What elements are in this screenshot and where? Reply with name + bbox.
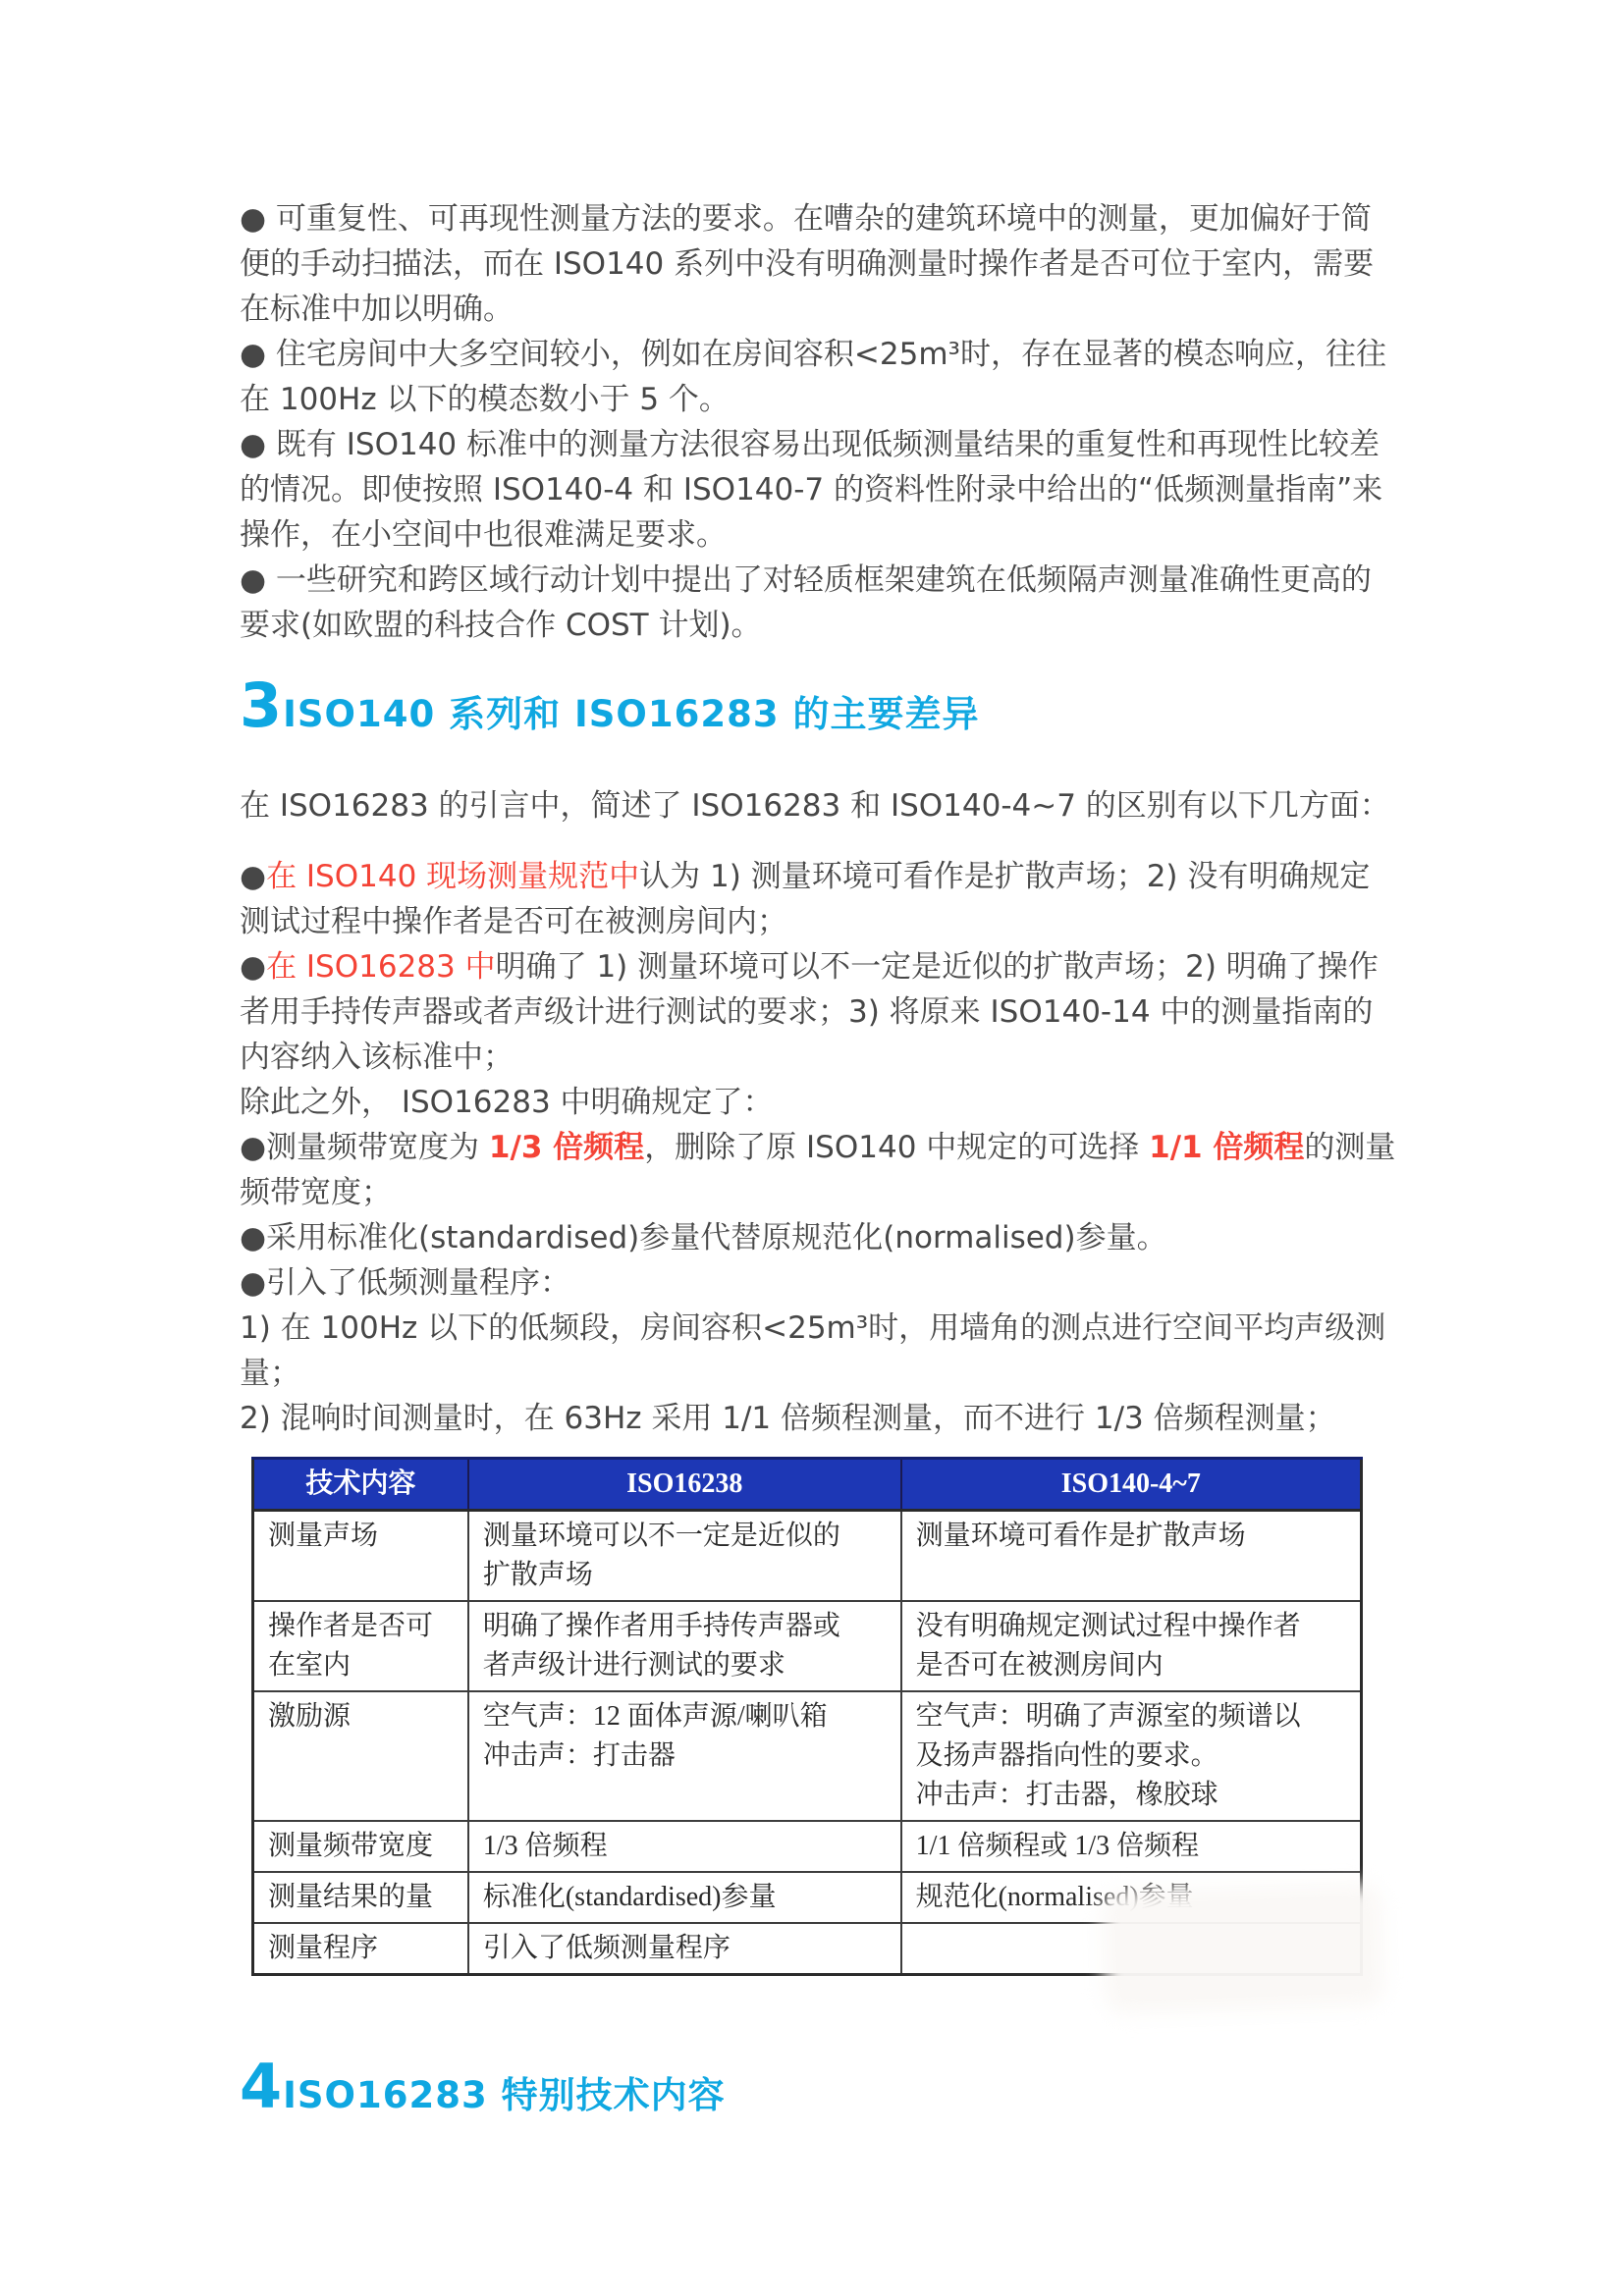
numbered-item: 1) 在 100Hz 以下的低频段，房间容积<25m³时，用墙角的测点进行空间平… [240, 1306, 1487, 1396]
table-cell-iso16283: 测量环境可以不一定是近似的 扩散声场 [468, 1511, 901, 1602]
table-cell-iso140: 1/1 倍频程或 1/3 倍频程 [901, 1821, 1362, 1872]
table-row: 操作者是否可 在室内 明确了操作者用手持传声器或 者声级计进行测试的要求 没有明… [253, 1601, 1362, 1691]
bullet-paragraph: ● 住宅房间中大多空间较小，例如在房间容积<25m³时，存在显著的模态响应，往往… [240, 332, 1487, 422]
section-number: 3 [240, 669, 283, 741]
table-row: 测量程序 引入了低频测量程序 [253, 1923, 1362, 1975]
comparison-table: 技术内容 ISO16238 ISO140-4~7 测量声场 测量环境可以不一定是… [251, 1457, 1363, 1976]
table-cell-label: 测量频带宽度 [253, 1821, 468, 1872]
table-row: 测量结果的量 标准化(standardised)参量 规范化(normalise… [253, 1872, 1362, 1923]
red-highlight-text: 在 ISO140 现场测量规范中 [266, 859, 639, 894]
table-row: 测量声场 测量环境可以不一定是近似的 扩散声场 测量环境可看作是扩散声场 [253, 1511, 1362, 1602]
bullet-paragraph-red: ●在 ISO140 现场测量规范中认为 1) 测量环境可看作是扩散声场；2) 没… [240, 854, 1487, 944]
table-cell-iso140: 没有明确规定测试过程中操作者 是否可在被测房间内 [901, 1601, 1362, 1691]
section-3-heading: 3ISO140 系列和 ISO16283 的主要差异 [240, 671, 1487, 740]
table-header-row: 技术内容 ISO16238 ISO140-4~7 [253, 1459, 1362, 1511]
bullet-marker: ● [240, 1130, 266, 1165]
bullet-paragraph: ●引入了低频测量程序： [240, 1260, 1487, 1306]
table-cell-iso140 [901, 1923, 1362, 1975]
paragraph: 除此之外， ISO16283 中明确规定了： [240, 1080, 1487, 1125]
bullet-marker: ● [240, 949, 266, 985]
table-header-cell: ISO140-4~7 [901, 1459, 1362, 1511]
table-header-cell: 技术内容 [253, 1459, 468, 1511]
red-bold-highlight: 1/3 倍频程 [489, 1130, 644, 1165]
section-3-intro: 在 ISO16283 的引言中，简述了 ISO16283 和 ISO140-4~… [240, 783, 1487, 828]
paragraph-text: 测量频带宽度为 [266, 1130, 489, 1165]
table-cell-iso16283: 引入了低频测量程序 [468, 1923, 901, 1975]
document-content: ● 可重复性、可再现性测量方法的要求。在嘈杂的建筑环境中的测量，更加偏好于简 便… [240, 196, 1487, 2164]
table-cell-label: 测量声场 [253, 1511, 468, 1602]
table-cell-iso16283: 1/3 倍频程 [468, 1821, 901, 1872]
table-cell-iso140: 测量环境可看作是扩散声场 [901, 1511, 1362, 1602]
bullet-paragraph-red: ●在 ISO16283 中明确了 1) 测量环境可以不一定是近似的扩散声场；2)… [240, 944, 1487, 1080]
table-cell-iso140: 空气声：明确了声源室的频谱以 及扬声器指向性的要求。 冲击声：打击器，橡胶球 [901, 1691, 1362, 1821]
document-page: ● 可重复性、可再现性测量方法的要求。在嘈杂的建筑环境中的测量，更加偏好于简 便… [0, 0, 1624, 2296]
table-cell-label: 测量结果的量 [253, 1872, 468, 1923]
table-cell-label: 测量程序 [253, 1923, 468, 1975]
bullet-paragraph-red: ●测量频带宽度为 1/3 倍频程，删除了原 ISO140 中规定的可选择 1/1… [240, 1125, 1487, 1215]
table-header-cell: ISO16238 [468, 1459, 901, 1511]
red-highlight-text: 在 ISO16283 中 [266, 949, 496, 985]
section-4-heading: 4ISO16283 特别技术内容 [240, 2053, 1487, 2121]
red-bold-highlight: 1/1 倍频程 [1149, 1130, 1304, 1165]
section-title: ISO140 系列和 ISO16283 的主要差异 [283, 693, 979, 735]
table-cell-iso140: 规范化(normalised)参量 [901, 1872, 1362, 1923]
comparison-table-wrap: 技术内容 ISO16238 ISO140-4~7 测量声场 测量环境可以不一定是… [251, 1457, 1363, 1976]
section-number: 4 [240, 2051, 283, 2122]
table-cell-label: 操作者是否可 在室内 [253, 1601, 468, 1691]
bullet-paragraph: ● 既有 ISO140 标准中的测量方法很容易出现低频测量结果的重复性和再现性比… [240, 422, 1487, 558]
table-cell-iso16283: 空气声：12 面体声源/喇叭箱 冲击声：打击器 [468, 1691, 901, 1821]
table-cell-label: 激励源 [253, 1691, 468, 1821]
bullet-paragraph: ● 可重复性、可再现性测量方法的要求。在嘈杂的建筑环境中的测量，更加偏好于简 便… [240, 196, 1487, 332]
table-cell-iso16283: 标准化(standardised)参量 [468, 1872, 901, 1923]
paragraph-text: ，删除了原 ISO140 中规定的可选择 [644, 1130, 1149, 1165]
bullet-marker: ● [240, 859, 266, 894]
table-row: 激励源 空气声：12 面体声源/喇叭箱 冲击声：打击器 空气声：明确了声源室的频… [253, 1691, 1362, 1821]
bullet-paragraph: ●采用标准化(standardised)参量代替原规范化(normalised)… [240, 1215, 1487, 1260]
bullet-paragraph: ● 一些研究和跨区域行动计划中提出了对轻质框架建筑在低频隔声测量准确性更高的 要… [240, 558, 1487, 648]
table-cell-iso16283: 明确了操作者用手持传声器或 者声级计进行测试的要求 [468, 1601, 901, 1691]
section-title: ISO16283 特别技术内容 [283, 2074, 725, 2116]
numbered-item: 2) 混响时间测量时，在 63Hz 采用 1/1 倍频程测量，而不进行 1/3 … [240, 1396, 1487, 1441]
table-row: 测量频带宽度 1/3 倍频程 1/1 倍频程或 1/3 倍频程 [253, 1821, 1362, 1872]
